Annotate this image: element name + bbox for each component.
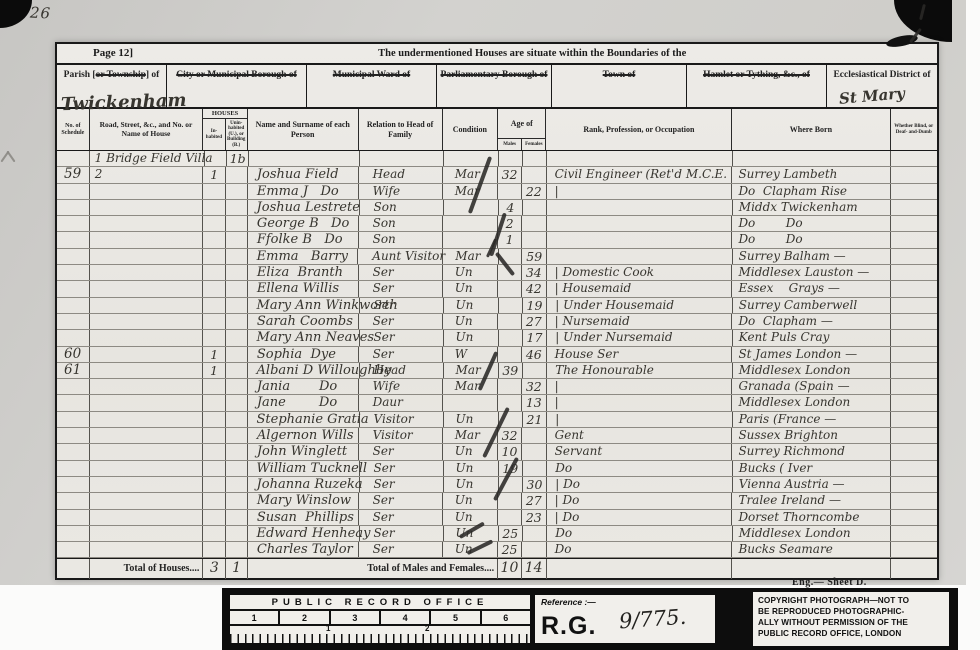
cell-name: Susan Phillips bbox=[248, 510, 359, 525]
cell-m: 1 bbox=[498, 232, 522, 247]
cell-uninh bbox=[226, 232, 248, 247]
cell-rel: Daur bbox=[359, 395, 443, 410]
cell-sched bbox=[57, 379, 90, 394]
cell-inh bbox=[203, 444, 226, 459]
total-houses-inhabited: 3 bbox=[203, 559, 226, 579]
col-condition: Condition bbox=[443, 109, 498, 150]
cell-m: 32 bbox=[498, 428, 522, 443]
cell-occ: | Domestic Cook bbox=[547, 265, 733, 280]
cell-name: Mary Ann Neaves bbox=[248, 330, 360, 345]
parish-label-struck: or Township bbox=[96, 70, 146, 80]
pro-office-title: PUBLIC RECORD OFFICE bbox=[230, 595, 530, 611]
cell-occ: | bbox=[547, 379, 733, 394]
cell-rel: Ser bbox=[359, 444, 443, 459]
col-occupation: Rank, Profession, or Occupation bbox=[546, 109, 732, 150]
parliamentary-borough-cell: Parliamentary Borough of bbox=[437, 65, 552, 107]
cell-uninh bbox=[226, 200, 248, 215]
ruler-number: 2 bbox=[280, 611, 330, 624]
cell-occ: The Honourable bbox=[547, 363, 733, 378]
copyright-line: ALLY WITHOUT PERMISSION OF THE bbox=[758, 618, 944, 629]
ruler-ticks bbox=[230, 634, 530, 643]
ruler-number: 2 bbox=[425, 624, 429, 633]
col-relation: Relation to Head of Family bbox=[359, 109, 443, 150]
cell-m: 25 bbox=[499, 526, 523, 541]
cell-name: John Winglett bbox=[248, 444, 359, 459]
cell-sched bbox=[57, 298, 90, 313]
cell-uninh bbox=[226, 314, 248, 329]
cell-sched bbox=[57, 428, 90, 443]
cell-uninh bbox=[226, 493, 248, 508]
cell-sched bbox=[57, 395, 90, 410]
cell-cond: Un bbox=[444, 412, 499, 427]
ecclesiastical-district-cell: Ecclesiastical District of St Mary bbox=[827, 65, 937, 107]
cell-rel: Head bbox=[360, 363, 444, 378]
cell-f: 17 bbox=[523, 330, 548, 345]
cell-sched bbox=[57, 461, 90, 476]
cell-born: Bucks ( Iver bbox=[733, 461, 891, 476]
cell-road bbox=[90, 330, 203, 345]
cell-uninh bbox=[226, 330, 248, 345]
cell-m bbox=[498, 281, 522, 296]
table-row: Emma J DoWifeMar22|Do Clapham Rise bbox=[57, 184, 937, 200]
cell-born: Dorset Thorncombe bbox=[732, 510, 890, 525]
cell-rel: Wife bbox=[359, 184, 443, 199]
cell-name: Mary Winslow bbox=[248, 493, 359, 508]
pro-stamp-band: PUBLIC RECORD OFFICE 1 2 3 4 5 6 1 2 Ref… bbox=[222, 588, 958, 650]
table-row: John WinglettSerUn10ServantSurrey Richmo… bbox=[57, 444, 937, 460]
cell-occ bbox=[547, 232, 733, 247]
cell-occ bbox=[547, 216, 733, 231]
cell-m bbox=[498, 510, 522, 525]
ecclesiastical-district-value: St Mary bbox=[838, 84, 905, 108]
cell-f: 46 bbox=[522, 347, 547, 362]
cell-inh bbox=[205, 151, 228, 166]
cell-uninh bbox=[226, 265, 248, 280]
cell-blind bbox=[891, 428, 937, 443]
cell-m bbox=[498, 314, 522, 329]
ruler-number: 5 bbox=[431, 611, 481, 624]
cell-f bbox=[523, 151, 548, 166]
cell-rel: Head bbox=[359, 167, 443, 182]
cell-sched bbox=[57, 265, 90, 280]
parliamentary-borough-label: Parliamentary Borough of bbox=[441, 70, 548, 80]
cell-f bbox=[523, 200, 548, 215]
municipal-ward-cell: Municipal Ward of bbox=[307, 65, 437, 107]
total-houses-uninhabited: 1 bbox=[226, 559, 248, 579]
cell-road bbox=[90, 379, 204, 394]
cell-uninh bbox=[226, 216, 248, 231]
cell-rel: Ser bbox=[359, 542, 443, 557]
cell-rel: Ser bbox=[359, 510, 443, 525]
cell-f bbox=[522, 232, 547, 247]
cell-m bbox=[499, 298, 523, 313]
cell-road bbox=[90, 314, 204, 329]
cell-road bbox=[90, 249, 204, 264]
copyright-line: PUBLIC RECORD OFFICE, LONDON bbox=[758, 629, 944, 640]
pro-ruler-box: PUBLIC RECORD OFFICE 1 2 3 4 5 6 1 2 bbox=[230, 595, 530, 643]
cell-born: Surrey Lambeth bbox=[732, 167, 890, 182]
cell-m bbox=[499, 330, 523, 345]
cell-uninh bbox=[226, 412, 248, 427]
cell-uninh bbox=[226, 347, 248, 362]
cell-cond: Un bbox=[443, 265, 498, 280]
cell-uninh bbox=[226, 363, 248, 378]
cell-name: Emma Barry bbox=[248, 249, 359, 264]
cell-cond: Un bbox=[444, 298, 499, 313]
cell-inh bbox=[203, 461, 226, 476]
cell-m bbox=[498, 395, 522, 410]
cell-sched bbox=[57, 542, 90, 557]
cell-rel: Ser bbox=[359, 314, 443, 329]
cell-name: Sophia Dye bbox=[248, 347, 359, 362]
cell-f: 19 bbox=[523, 298, 548, 313]
cell-occ: | Nursemaid bbox=[547, 314, 733, 329]
cell-road: 2 bbox=[90, 167, 204, 182]
cell-inh bbox=[203, 232, 226, 247]
cell-f: 27 bbox=[522, 314, 547, 329]
cell-name: Jania Do bbox=[248, 379, 359, 394]
cell-f bbox=[522, 444, 547, 459]
cell-f: 34 bbox=[522, 265, 547, 280]
cell-born: Middlesex Lauston — bbox=[732, 265, 890, 280]
cell-occ: | Do bbox=[547, 493, 733, 508]
ecclesiastical-district-label: Ecclesiastical District of bbox=[833, 70, 930, 80]
cell-blind bbox=[891, 151, 937, 166]
cell-uninh bbox=[226, 526, 248, 541]
cell-m bbox=[498, 379, 522, 394]
cell-road bbox=[90, 493, 204, 508]
cell-f: 59 bbox=[522, 249, 547, 264]
cell-cond: Mar bbox=[443, 167, 498, 182]
cell-name: Joshua Field bbox=[248, 167, 359, 182]
cell-inh bbox=[203, 298, 226, 313]
cell-blind bbox=[891, 314, 937, 329]
cell-inh bbox=[203, 330, 226, 345]
cell-blind bbox=[891, 412, 937, 427]
cell-cond bbox=[443, 216, 498, 231]
photo-corner-top-left bbox=[0, 0, 32, 28]
cell-blind bbox=[891, 461, 937, 476]
cell-inh bbox=[203, 216, 226, 231]
municipal-borough-label: City or Municipal Borough of bbox=[176, 70, 297, 80]
town-label: Town of bbox=[603, 70, 636, 80]
cell-rel: Ser bbox=[360, 477, 444, 492]
cell-uninh bbox=[226, 379, 248, 394]
reference-prefix: R.G. bbox=[541, 612, 596, 641]
cell-inh: 1 bbox=[203, 347, 226, 362]
municipal-ward-label: Municipal Ward of bbox=[333, 70, 410, 80]
cell-rel bbox=[360, 151, 444, 166]
cell-road bbox=[90, 363, 203, 378]
cell-uninh bbox=[226, 298, 248, 313]
cell-f: 22 bbox=[522, 184, 547, 199]
total-males-females-label: Total of Males and Females.... bbox=[248, 559, 498, 579]
cell-inh bbox=[203, 526, 226, 541]
cell-born: Paris (France — bbox=[733, 412, 891, 427]
column-header-row: No. of Schedule Road, Street, &c., and N… bbox=[57, 109, 937, 151]
cell-rel: Ser bbox=[359, 493, 443, 508]
cell-inh bbox=[203, 542, 226, 557]
cell-blind bbox=[891, 216, 937, 231]
table-row: Eliza BranthSerUn34| Domestic CookMiddle… bbox=[57, 265, 937, 281]
cell-rel: Ser bbox=[360, 461, 444, 476]
ruler-number: 1 bbox=[326, 624, 330, 633]
col-where-born: Where Born bbox=[732, 109, 890, 150]
cell-f: 32 bbox=[522, 379, 547, 394]
cell-name: Stephanie Gratia bbox=[248, 412, 360, 427]
cell-occ bbox=[547, 200, 733, 215]
ruler-number: 1 bbox=[230, 611, 280, 624]
cell-born: Surrey Balham — bbox=[733, 249, 891, 264]
cell-inh bbox=[203, 281, 226, 296]
cell-born: St James London — bbox=[732, 347, 890, 362]
totals-born-cell bbox=[732, 559, 890, 579]
cell-inh bbox=[203, 477, 226, 492]
cell-road bbox=[90, 444, 204, 459]
col-houses: HOUSES In- habited Unin- habited (U.), o… bbox=[203, 109, 247, 150]
cell-uninh bbox=[226, 395, 248, 410]
table-row: Susan PhillipsSerUn23| DoDorset Thorncom… bbox=[57, 510, 937, 526]
cell-uninh bbox=[226, 184, 248, 199]
cell-road bbox=[90, 510, 204, 525]
cell-road bbox=[90, 412, 203, 427]
boundary-title: The undermentioned Houses are situate wi… bbox=[378, 48, 686, 59]
cell-cond: Mar bbox=[443, 379, 498, 394]
cell-uninh bbox=[226, 428, 248, 443]
cell-f: 13 bbox=[522, 395, 547, 410]
cell-sched bbox=[57, 232, 90, 247]
reference-number: 9/775. bbox=[618, 605, 687, 634]
cell-occ: House Ser bbox=[547, 347, 733, 362]
cell-sched bbox=[57, 526, 90, 541]
cell-born: Kent Puls Cray bbox=[733, 330, 891, 345]
table-row: Joshua LestreteSon4Middx Twickenham bbox=[57, 200, 937, 216]
cell-sched bbox=[57, 216, 90, 231]
table-row: Mary Ann WinkworthSerUn19| Under Housema… bbox=[57, 298, 937, 314]
cell-born: Middlesex London bbox=[732, 395, 890, 410]
cell-name: Sarah Coombs bbox=[248, 314, 359, 329]
cell-f bbox=[523, 363, 548, 378]
sheet-label: Eng.— Sheet D. bbox=[792, 577, 867, 588]
cell-blind bbox=[891, 395, 937, 410]
cell-name bbox=[249, 151, 360, 166]
table-row: Jane DoDaur13|Middlesex London bbox=[57, 395, 937, 411]
cell-born: Middx Twickenham bbox=[733, 200, 891, 215]
col-uninhabited: Unin- habited (U.), or Building (B.) bbox=[226, 119, 247, 150]
cell-road bbox=[90, 526, 203, 541]
col-age: Age of Males Females bbox=[498, 109, 546, 150]
cell-occ: | Under Nursemaid bbox=[547, 330, 733, 345]
parish-label-pre: Parish [ bbox=[64, 70, 96, 80]
cell-cond: Un bbox=[444, 330, 499, 345]
cell-sched bbox=[57, 151, 90, 166]
cell-blind bbox=[891, 281, 937, 296]
cell-occ: | bbox=[547, 412, 733, 427]
cell-m bbox=[498, 184, 522, 199]
cell-name: Ellena Willis bbox=[248, 281, 359, 296]
cell-f: 27 bbox=[522, 493, 547, 508]
cell-occ bbox=[547, 151, 732, 166]
cell-road bbox=[90, 542, 204, 557]
cell-uninh bbox=[226, 510, 248, 525]
cell-uninh bbox=[226, 444, 248, 459]
cell-inh: 1 bbox=[203, 167, 226, 182]
cell-f: 23 bbox=[522, 510, 547, 525]
total-males: 10 bbox=[498, 559, 522, 579]
cell-uninh bbox=[226, 281, 248, 296]
cell-occ: | Housemaid bbox=[547, 281, 733, 296]
total-houses-label: Total of Houses.... bbox=[90, 559, 204, 579]
cell-f: 30 bbox=[523, 477, 548, 492]
cell-m: 25 bbox=[498, 542, 522, 557]
cell-born: Do Do bbox=[732, 216, 890, 231]
cell-blind bbox=[891, 526, 937, 541]
ruler-number: 6 bbox=[482, 611, 530, 624]
cell-f bbox=[523, 526, 548, 541]
cell-sched bbox=[57, 249, 90, 264]
cell-sched bbox=[57, 330, 90, 345]
cell-uninh bbox=[226, 167, 248, 182]
table-row: Ellena WillisSerUn42| HousemaidEssex Gra… bbox=[57, 281, 937, 297]
cell-blind bbox=[891, 347, 937, 362]
cell-sched bbox=[57, 477, 90, 492]
totals-schedule-cell bbox=[57, 559, 90, 579]
cell-m: 10 bbox=[498, 444, 522, 459]
col-age-label: Age of bbox=[498, 109, 545, 138]
hamlet-label: Hamlet or Tything, &c., of bbox=[703, 70, 810, 80]
cell-inh bbox=[203, 314, 226, 329]
cell-name: Joshua Lestrete bbox=[248, 200, 360, 215]
cell-m bbox=[498, 493, 522, 508]
hamlet-cell: Hamlet or Tything, &c., of bbox=[687, 65, 827, 107]
cell-blind bbox=[891, 184, 937, 199]
cell-f bbox=[522, 167, 547, 182]
cell-blind bbox=[891, 200, 937, 215]
total-females: 14 bbox=[522, 559, 547, 579]
cell-blind bbox=[891, 330, 937, 345]
cell-f bbox=[522, 428, 547, 443]
cell-uninh bbox=[226, 542, 248, 557]
copyright-line: BE REPRODUCED PHOTOGRAPHIC- bbox=[758, 607, 944, 618]
col-inhabited: In- habited bbox=[203, 119, 225, 150]
cell-occ: Do bbox=[547, 526, 733, 541]
totals-disability-cell bbox=[891, 559, 937, 579]
cell-born: Middlesex London bbox=[733, 363, 891, 378]
cell-rel: Ser bbox=[359, 347, 443, 362]
cell-sched bbox=[57, 444, 90, 459]
cell-occ: | Under Housemaid bbox=[547, 298, 733, 313]
town-cell: Town of bbox=[552, 65, 687, 107]
table-row: Jania DoWifeMar32|Granada (Spain — bbox=[57, 379, 937, 395]
cell-sched bbox=[57, 510, 90, 525]
cell-born: Vienna Austria — bbox=[733, 477, 891, 492]
cell-occ: Gent bbox=[547, 428, 733, 443]
cell-uninh: 1b bbox=[227, 151, 249, 166]
cell-name: Charles Taylor bbox=[248, 542, 359, 557]
cell-blind bbox=[891, 167, 937, 182]
cell-uninh bbox=[226, 461, 248, 476]
cell-inh bbox=[203, 249, 226, 264]
cell-rel: Ser bbox=[360, 526, 444, 541]
cell-road bbox=[90, 216, 204, 231]
ruler-number: 3 bbox=[331, 611, 381, 624]
cell-f: 42 bbox=[522, 281, 547, 296]
cell-blind bbox=[891, 477, 937, 492]
cell-sched: 60 bbox=[57, 347, 90, 362]
cell-cond: Mar bbox=[443, 184, 498, 199]
cell-blind bbox=[891, 265, 937, 280]
cell-blind bbox=[891, 363, 937, 378]
cell-inh bbox=[203, 510, 226, 525]
cell-occ: Servant bbox=[547, 444, 733, 459]
cell-rel: Ser bbox=[359, 281, 443, 296]
cell-rel: Son bbox=[359, 216, 443, 231]
cell-m: 32 bbox=[498, 167, 522, 182]
cell-sched bbox=[57, 184, 90, 199]
copyright-line: COPYRIGHT PHOTOGRAPH—NOT TO bbox=[758, 596, 944, 607]
cell-blind bbox=[891, 298, 937, 313]
cell-rel: Wife bbox=[359, 379, 443, 394]
parish-label-post: ] of bbox=[146, 70, 159, 80]
cell-name: Ffolke B Do bbox=[248, 232, 359, 247]
table-row: 1 Bridge Field Villa1b bbox=[57, 151, 937, 167]
pro-ruler-upper-scale: 1 2 3 4 5 6 bbox=[230, 611, 530, 626]
cell-occ: Do bbox=[547, 542, 733, 557]
cell-blind bbox=[891, 379, 937, 394]
cell-road bbox=[90, 298, 203, 313]
cell-sched bbox=[57, 412, 90, 427]
cell-rel: Son bbox=[359, 232, 443, 247]
cell-road bbox=[90, 477, 203, 492]
cell-m bbox=[498, 347, 522, 362]
cell-occ: | bbox=[547, 395, 733, 410]
cell-rel: Ser bbox=[360, 298, 444, 313]
cell-born: Surrey Richmond bbox=[732, 444, 890, 459]
copyright-notice: COPYRIGHT PHOTOGRAPH—NOT TO BE REPRODUCE… bbox=[753, 592, 949, 646]
cell-uninh bbox=[226, 249, 248, 264]
pro-ruler-lower-scale: 1 2 bbox=[230, 626, 530, 643]
cell-m bbox=[499, 151, 523, 166]
cell-inh bbox=[203, 412, 226, 427]
cell-rel: Ser bbox=[360, 330, 444, 345]
cell-born: Essex Grays — bbox=[732, 281, 890, 296]
col-name: Name and Surname of each Person bbox=[248, 109, 359, 150]
parish-cell: Parish [or Township] of Twickenham bbox=[57, 65, 167, 107]
page-number-label: Page 12] bbox=[93, 47, 133, 59]
cell-rel: Ser bbox=[359, 265, 443, 280]
totals-occupation-cell bbox=[547, 559, 733, 579]
cell-road bbox=[90, 184, 204, 199]
district-header-row: Parish [or Township] of Twickenham City … bbox=[57, 65, 937, 109]
folio-number-note: 26 bbox=[30, 3, 52, 22]
cell-name: Albani D Willoughby bbox=[248, 363, 360, 378]
cell-cond: Un bbox=[443, 493, 498, 508]
cell-born: Tralee Ireland — bbox=[732, 493, 890, 508]
cell-born: Granada (Spain — bbox=[732, 379, 890, 394]
cell-blind bbox=[891, 232, 937, 247]
cell-inh bbox=[203, 428, 226, 443]
totals-row: Total of Houses.... 3 1 Total of Males a… bbox=[57, 558, 937, 579]
cell-occ: | Do bbox=[547, 510, 733, 525]
cell-uninh bbox=[226, 477, 248, 492]
cell-cond: Un bbox=[443, 314, 498, 329]
col-females: Females bbox=[522, 139, 545, 150]
cell-born: Surrey Camberwell bbox=[733, 298, 891, 313]
table-row: 611Albani D WilloughbyHeadMar39The Honou… bbox=[57, 363, 937, 379]
table-row: Charles TaylorSerUn25DoBucks Seamare bbox=[57, 542, 937, 558]
cell-inh bbox=[203, 265, 226, 280]
cell-born: Middlesex London bbox=[733, 526, 891, 541]
